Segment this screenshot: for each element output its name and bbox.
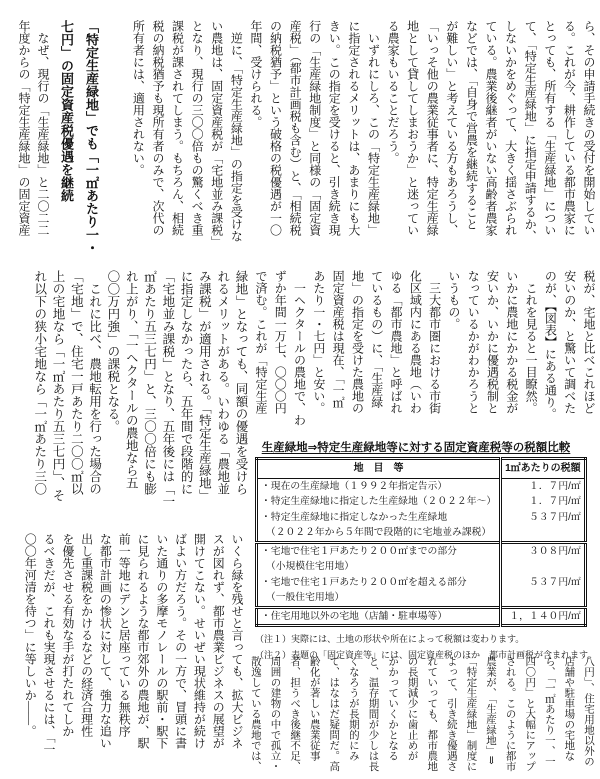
row-item: ・特定生産緑地に指定しなかった生産緑地 xyxy=(257,510,501,526)
table-row: （小規模住宅用地） xyxy=(257,559,586,575)
article-text-band1-right: ら、その申請手続きの受付を開始してい る。これが今、耕作している都市農家に とっ… xyxy=(126,20,598,258)
row-item: （小規模住宅用地） xyxy=(257,559,501,575)
row-value xyxy=(501,559,586,575)
table-row: ・特定生産緑地に指定した生産緑地（２０２２年～） １．７円/㎡ xyxy=(257,494,586,510)
row-item: （２０２２年から５年間で段階的に宅地並み課税） xyxy=(257,525,501,542)
table-header-row: 地 目 等 1㎡あたりの税額 xyxy=(257,459,586,479)
row-item: ・住宅用地以外の宅地（店舗・駐車場等） xyxy=(257,607,501,626)
table-group-residential: ・宅地で住宅１戸あたり２００㎡までの部分 ３０８円/㎡ （小規模住宅用地） ・宅… xyxy=(257,542,586,607)
row-value: ３０８円/㎡ xyxy=(501,542,586,559)
figure-note-1: （注１）実際には、土地の形状や所在によって税額は変わります。 xyxy=(255,632,596,648)
table-row: ・現在の生産緑地（１９９２年指定告示） １．７円/㎡ xyxy=(257,478,586,494)
row-item: （一般住宅用地） xyxy=(257,590,501,607)
tax-comparison-table: 地 目 等 1㎡あたりの税額 ・現在の生産緑地（１９９２年指定告示） １．７円/… xyxy=(255,457,587,627)
row-item: ・宅地で住宅１戸あたり２００㎡までの部分 xyxy=(257,542,501,559)
article-headline: 「特定生産緑地」でも「一㎡あたり一・ 七円」の固定資産税優遇を継続 xyxy=(52,20,104,260)
table-row: （一般住宅用地） xyxy=(257,590,586,607)
article-page: ら、その申請手続きの受付を開始してい る。これが今、耕作している都市農家に とっ… xyxy=(0,0,600,779)
tax-comparison-figure: 生産緑地⇒特定生産緑地等に対する固定資産税等の税額比較 地 目 等 1㎡あたりの… xyxy=(255,441,596,663)
row-value: １．７円/㎡ xyxy=(501,478,586,494)
table-row: ・住宅用地以外の宅地（店舗・駐車場等） １，１４０円/㎡ xyxy=(257,607,586,626)
row-value: ５３７円/㎡ xyxy=(501,575,586,591)
figure-title: 生産緑地⇒特定生産緑地等に対する固定資産税等の税額比較 xyxy=(255,441,577,455)
table-group-greenland: ・現在の生産緑地（１９９２年指定告示） １．７円/㎡ ・特定生産緑地に指定した生… xyxy=(257,478,586,542)
row-item: ・特定生産緑地に指定した生産緑地（２０２２年～） xyxy=(257,494,501,510)
table-row: ・特定生産緑地に指定しなかった生産緑地 ５３７円/㎡ xyxy=(257,510,586,526)
row-value: ５３７円/㎡ xyxy=(501,510,586,526)
row-value xyxy=(501,525,586,542)
table-row: ・宅地で住宅１戸あたり２００㎡までの部分 ３０８円/㎡ xyxy=(257,542,586,559)
column-header-item: 地 目 等 xyxy=(257,459,501,479)
article-text-band3-right: 八円」、住宅用地以外の 店舗や駐車場の宅地な ら、「一㎡あたり一、一 四〇円」と… xyxy=(245,656,598,777)
article-text-band1-left: なぜ、現行の「生産緑地」と二〇二二 年度からの「特定生産緑地」の固定資産 xyxy=(12,20,52,258)
row-value: １．７円/㎡ xyxy=(501,494,586,510)
row-item: ・現在の生産緑地（１９９２年指定告示） xyxy=(257,478,501,494)
table-row: ・宅地で住宅１戸あたり２００㎡を超える部分 ５３７円/㎡ xyxy=(257,575,586,591)
article-text-band2-left: 緑地」となっても、同額の優遇を受けら れるメリットがある。いわゆる「農地並 み課… xyxy=(30,270,250,532)
row-item: ・宅地で住宅１戸あたり２００㎡を超える部分 xyxy=(257,575,501,591)
article-text-band2-right: 税が、宅地と比べこれほど 安いのか、と驚いて調べた のが、【図表】にある通り。 … xyxy=(250,270,598,446)
table-row: （２０２２年から５年間で段階的に宅地並み課税） xyxy=(257,525,586,542)
row-value xyxy=(501,590,586,607)
table-group-nonresidential: ・住宅用地以外の宅地（店舗・駐車場等） １，１４０円/㎡ xyxy=(257,607,586,626)
row-value: １，１４０円/㎡ xyxy=(501,607,586,626)
column-header-value: 1㎡あたりの税額 xyxy=(501,459,586,479)
article-text-band3-left: いくら緑を残せと言っても、拡大ビジネ スが図れず、都市農業ビジネスの展望が 開け… xyxy=(20,533,246,779)
